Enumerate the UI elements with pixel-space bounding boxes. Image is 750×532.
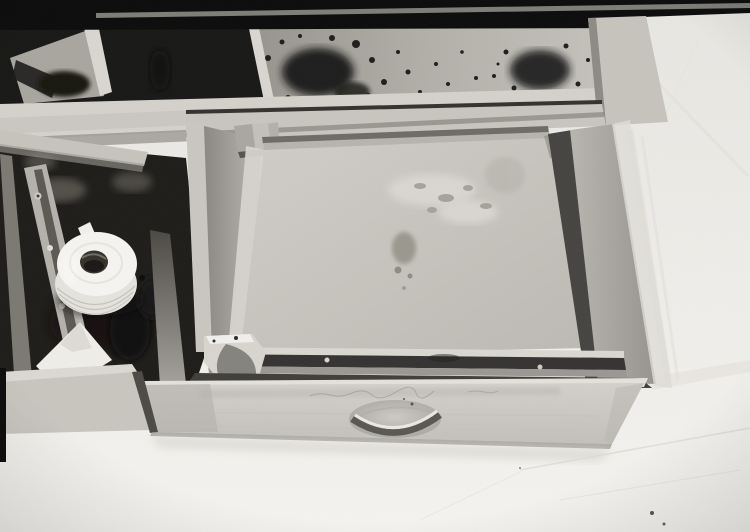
photo-canvas: Open metal drawer of a workshop cabinet …: [0, 0, 750, 532]
photo-open-drawer: Open metal drawer of a workshop cabinet …: [0, 0, 750, 532]
film-grain-overlay: [0, 0, 750, 532]
